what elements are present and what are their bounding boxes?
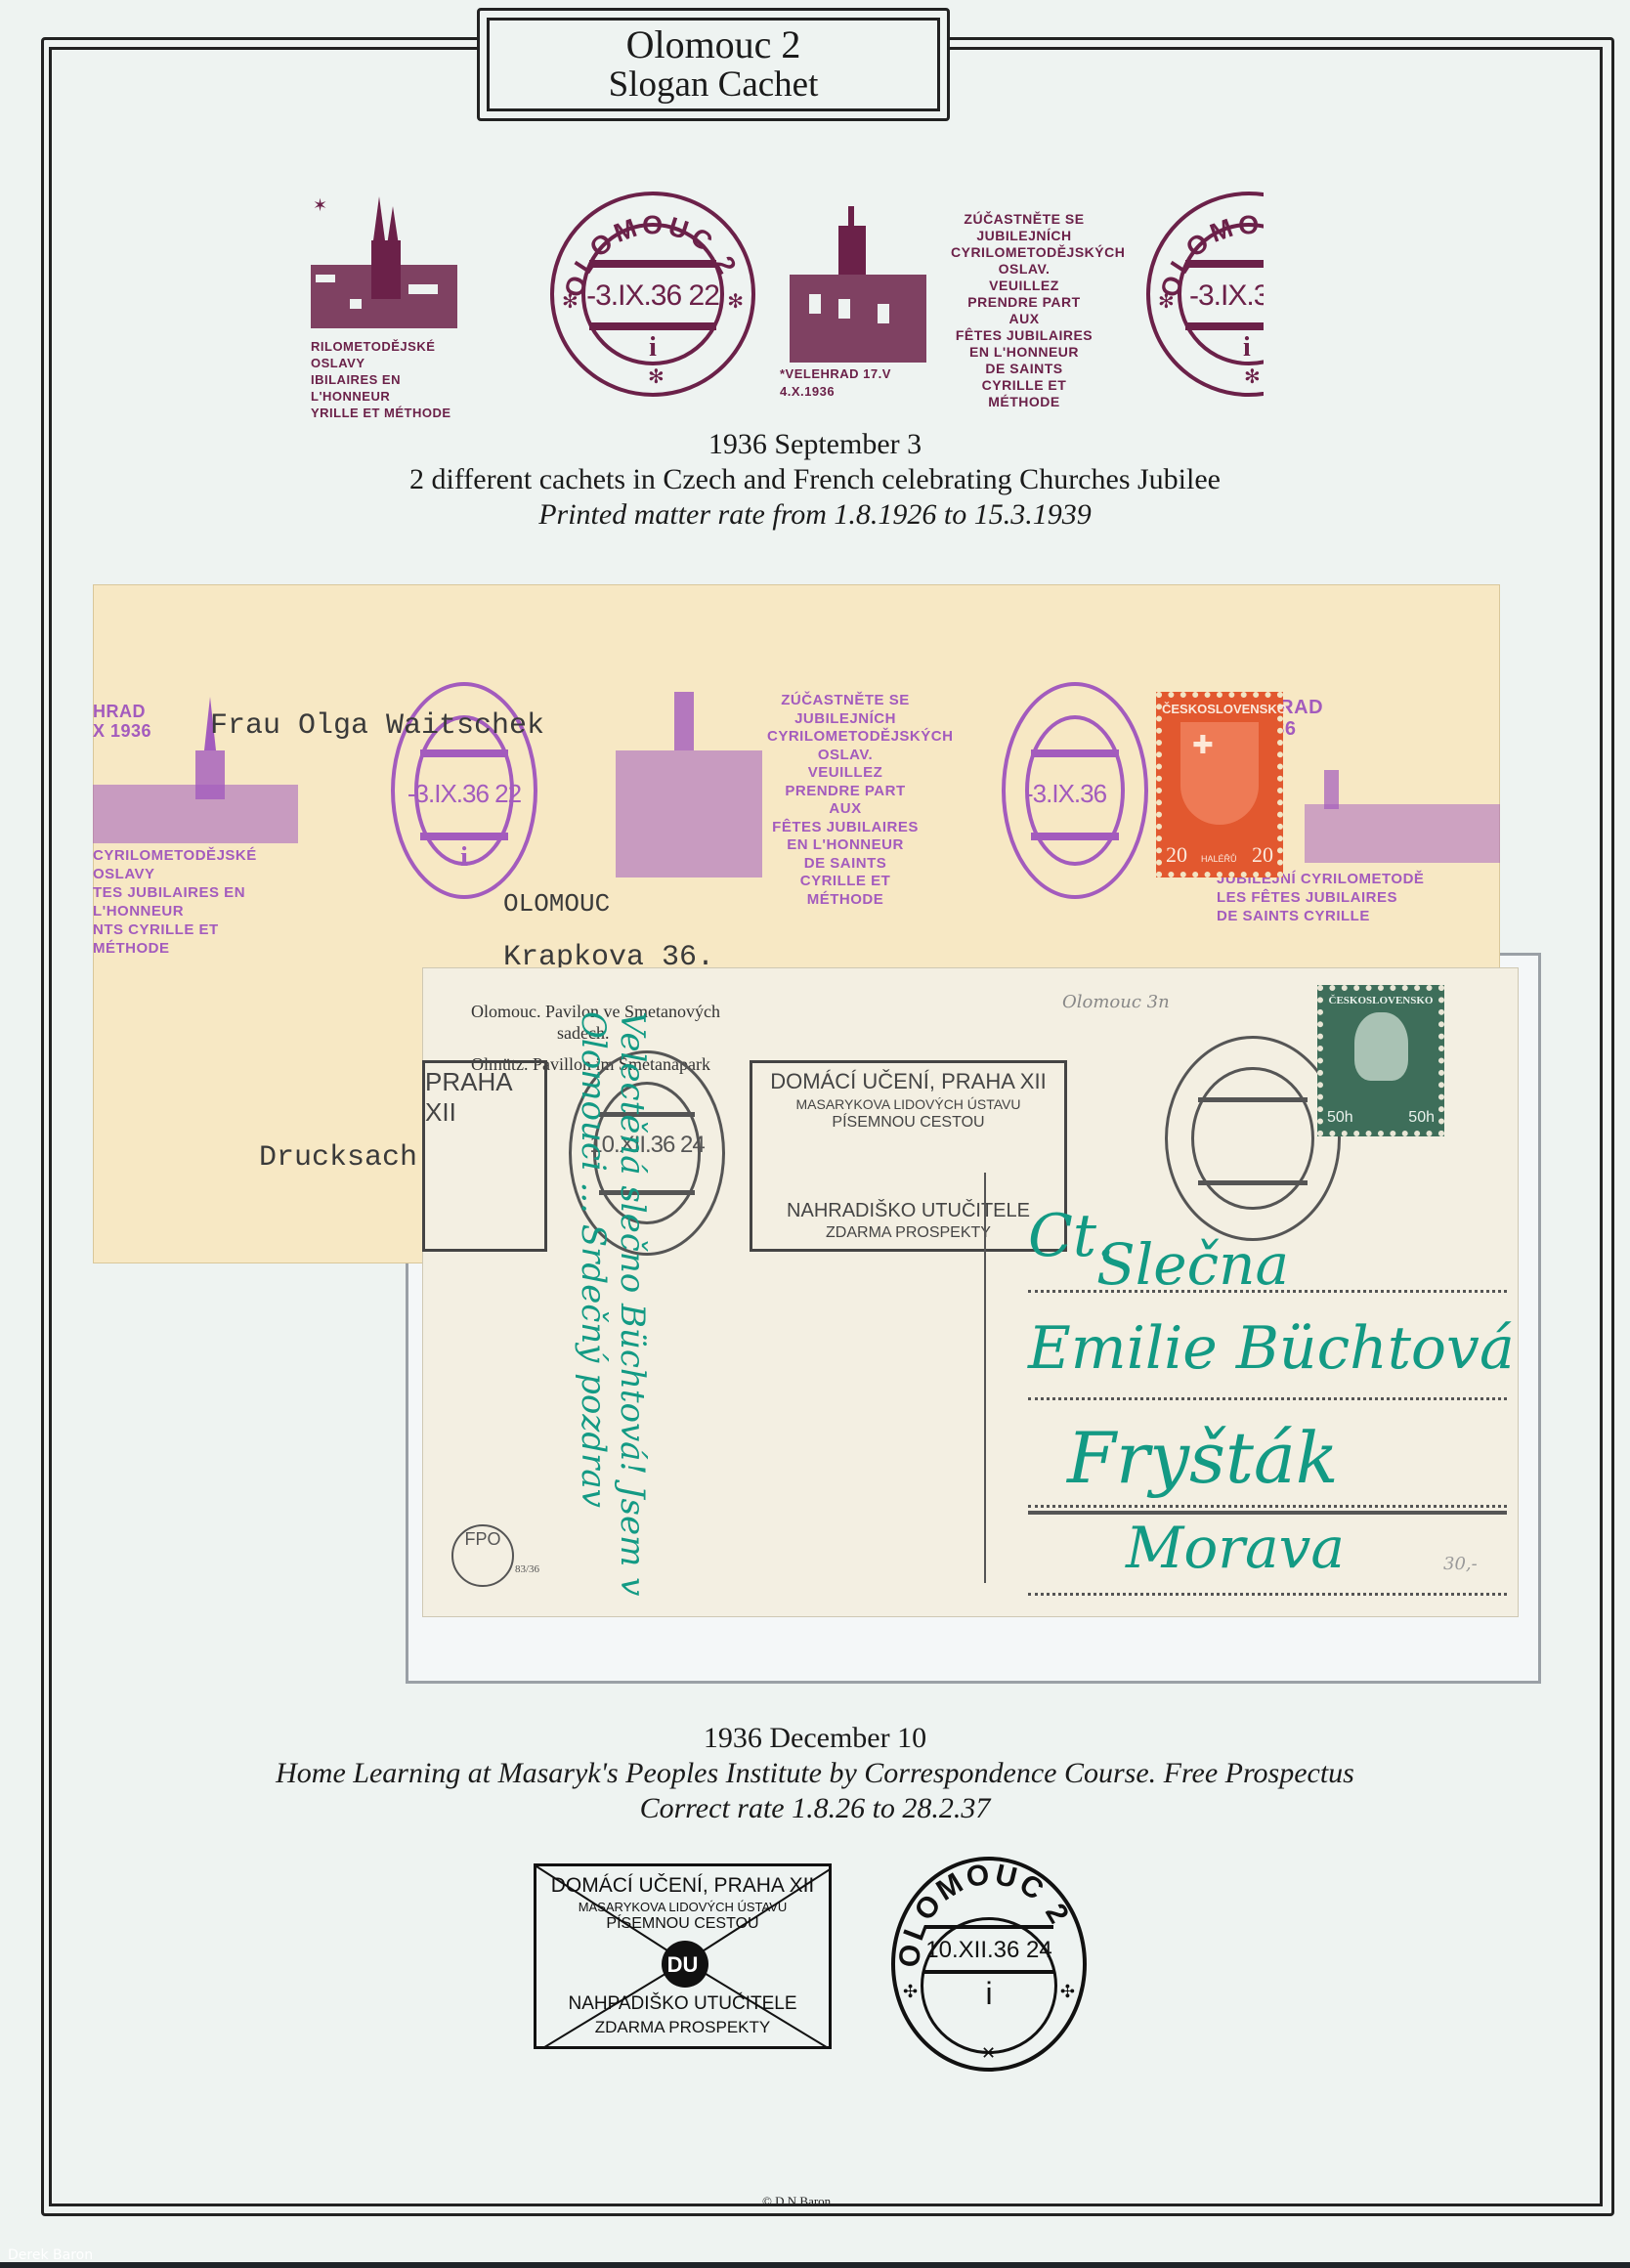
cachet-text-line: RILOMETODĚJSKÉ OSLAVY [311, 338, 457, 371]
section2-rate-note: Correct rate 1.8.26 to 28.2.37 [0, 1792, 1630, 1825]
slogan-line: MASARYKOVA LIDOVÝCH ÚSTAVU [536, 1900, 829, 1914]
page-title: Olomouc 2 [626, 24, 801, 65]
pencil-note: Olomouc 3n [1062, 992, 1170, 1012]
cathedral-cachet-right [1305, 760, 1500, 868]
stamp-value-left: 20 [1166, 842, 1187, 868]
svg-text:✶: ✶ [313, 195, 327, 215]
cachet-text-line: VEUILLEZ [951, 278, 1097, 294]
recipient-region: Morava [1126, 1515, 1345, 1581]
slogan-line: DOMÁCÍ UČENÍ, PRAHA XII [536, 1874, 829, 1898]
section1-rate-note: Printed matter rate from 1.8.1926 to 15.… [0, 498, 1630, 532]
address-line [1028, 1290, 1507, 1293]
cachet-text-line: PRENDRE PART AUX [951, 294, 1097, 327]
cachet-text-line: CYRILLE ET MÉTHODE [767, 873, 923, 909]
slogan-line: NAHPADIŠKO UTUČITELE [536, 1993, 829, 2015]
title-box: Olomouc 2 Slogan Cachet [477, 8, 950, 121]
cachet-text-line: CYRILLE ET MÉTHODE [951, 377, 1097, 410]
slogan-line: PÍSEMNOU CESTOU [752, 1114, 1064, 1132]
envelope-postmark-2: -3.IX.36 [1002, 682, 1148, 899]
slogan-line: MASARYKOVA LIDOVÝCH ÚSTAVU [752, 1096, 1064, 1112]
stamp-value-right: 20 [1252, 842, 1273, 868]
section2-date: 1936 December 10 [0, 1722, 1630, 1755]
pencil-price: 30,- [1443, 1554, 1478, 1574]
cachet-text-line: YRILLE ET MÉTHODE [311, 405, 457, 421]
cachet-text-line: CYRILOMETODĚJSKÝCH [951, 244, 1097, 261]
postmark-date: -3.IX.36 22 [395, 779, 534, 809]
slogan-line: ZDARMA PROSPEKTY [536, 2018, 829, 2037]
slogan-box-middle: DOMÁCÍ UČENÍ, PRAHA XII MASARYKOVA LIDOV… [750, 1060, 1067, 1252]
slogan-box-left: PRAHA XII [422, 1060, 547, 1252]
cachet-text-line: CYRILOMETODĚJSKÉ OSLAVY [93, 846, 298, 883]
cachet-caption: *VELEHRAD 17.V 4.X.1936 [780, 365, 946, 401]
cachet-text-line: DE SAINTS [767, 855, 923, 874]
page-subtitle: Slogan Cachet [609, 65, 819, 105]
cachet-strip-illustration: ✶ RILOMETODĚJSKÉ OSLAVY IBILAIRES EN L'H… [311, 192, 1288, 416]
cachet-text-line: ZÚČASTNĚTE SE [767, 692, 923, 710]
coat-of-arms-icon: ✚ [1180, 722, 1259, 825]
bottom-bar [0, 2262, 1630, 2268]
stamp-50-haleru: ČESKOSLOVENSKO 50h 50h [1317, 985, 1444, 1136]
postmark-date: 10.XII.36 24 [895, 1937, 1083, 1964]
slogan-line: PÍSEMNOU CESTOU [536, 1915, 829, 1933]
slogan-envelope-illustration: DOMÁCÍ UČENÍ, PRAHA XII MASARYKOVA LIDOV… [534, 1863, 832, 2049]
address-line [1028, 1397, 1507, 1400]
cachet-text-line: FÊTES JUBILAIRES [951, 327, 1097, 344]
cachet-text-line: VEUILLEZ [767, 764, 923, 783]
stamp-country: ČESKOSLOVENSKO [1162, 702, 1277, 716]
postmark-town-typed: OLOMOUC [503, 889, 610, 919]
postcard-postmark-2 [1165, 1036, 1341, 1241]
copyright: © D.N.Baron [762, 2194, 831, 2209]
stamp-value-right: 50h [1408, 1109, 1435, 1127]
cachet-text-line: IBILAIRES EN L'HONNEUR [311, 371, 457, 405]
basilica-cachet [616, 692, 762, 887]
stamp-unit: HALÉŘŮ [1201, 854, 1237, 864]
du-badge: DU [536, 1952, 829, 1978]
section2-description: Home Learning at Masaryk's Peoples Insti… [0, 1757, 1630, 1790]
cachet-text-line: FÊTES JUBILAIRES [767, 819, 923, 837]
slogan-line: NAHRADIŠKO UTUČITELE [752, 1200, 1064, 1222]
address-line [1028, 1593, 1507, 1596]
slogan-line: ZDARMA PROSPEKTY [752, 1224, 1064, 1242]
publisher-mark: FPO [451, 1524, 514, 1587]
stamp-20-haleru: ČESKOSLOVENSKO ✚ 20 HALÉŘŮ 20 [1156, 692, 1283, 877]
cachet-text-line: PRENDRE PART AUX [767, 783, 923, 819]
recipient-title: Slečna [1096, 1231, 1289, 1298]
cachet-text-line: NTS CYRILLE ET MÉTHODE [93, 920, 298, 958]
postmark-olomouc-2: OLOMOUC 2 -3.IX.36 22 i ✻ ✻ ✻ [550, 192, 755, 397]
postmark-date: -3.IX.36 [1006, 779, 1144, 809]
cathedral-illustration: ✶ [311, 192, 457, 328]
cachet-text-line: LES FÊTES JUBILAIRES [1217, 888, 1500, 907]
postmark-index: i [395, 842, 534, 874]
cachet-text-line: JUBILEJNÍCH [951, 228, 1097, 244]
postmark-olomouc-2-partial: OLOMOU -3.IX.36 i ✻ ✻ [1146, 192, 1264, 402]
section1-date: 1936 September 3 [0, 428, 1630, 461]
cachet-text-line: JUBILEJNÍCH [767, 710, 923, 729]
cachet-text-line: EN L'HONNEUR [767, 836, 923, 855]
stamp-value-left: 50h [1327, 1109, 1353, 1127]
postmark-index: i [554, 332, 751, 364]
postmark-date: -3.IX.36 22 [554, 279, 751, 313]
handwritten-message: Velectěná slečno Büchtová! Jsem v Olomou… [574, 1011, 652, 1647]
postmark-illustration: OLOMOUC 2 10.XII.36 24 i ✣ ✣ ✕ [891, 1857, 1087, 2072]
stamp-country: ČESKOSLOVENSKO [1323, 995, 1438, 1006]
recipient-name: Emilie Büchtová [1028, 1314, 1515, 1383]
cachet-text-line: DE SAINTS [951, 361, 1097, 377]
recipient-town: Fryšták [1067, 1417, 1339, 1499]
cachet-text-line: CYRILOMETODĚJSKÝCH [767, 728, 923, 747]
address-line [1028, 1505, 1507, 1508]
card-number: 83/36 [515, 1563, 539, 1575]
cachet-text-line: OSLAV. [767, 747, 923, 765]
slogan-line: DOMÁCÍ UČENÍ, PRAHA XII [752, 1069, 1064, 1094]
portrait-icon [1354, 1012, 1408, 1081]
mail-class-label: Drucksach [259, 1141, 417, 1175]
cachet-text-line: DE SAINTS CYRILLE [1217, 907, 1500, 925]
basilica-illustration [780, 206, 936, 382]
section1-description: 2 different cachets in Czech and French … [0, 463, 1630, 496]
cachet-text-line: ZÚČASTNĚTE SE [951, 211, 1097, 228]
postmark-index: i [895, 1976, 1083, 2012]
watermark: Derek Baron [8, 2247, 93, 2263]
cachet-text-line: OSLAV. [951, 261, 1097, 278]
addressee-name: Frau Olga Waitschek [210, 709, 544, 743]
cachet-text-line: EN L'HONNEUR [951, 344, 1097, 361]
cachet-text-line: TES JUBILAIRES EN L'HONNEUR [93, 883, 298, 920]
postcard-divider [984, 1173, 986, 1583]
